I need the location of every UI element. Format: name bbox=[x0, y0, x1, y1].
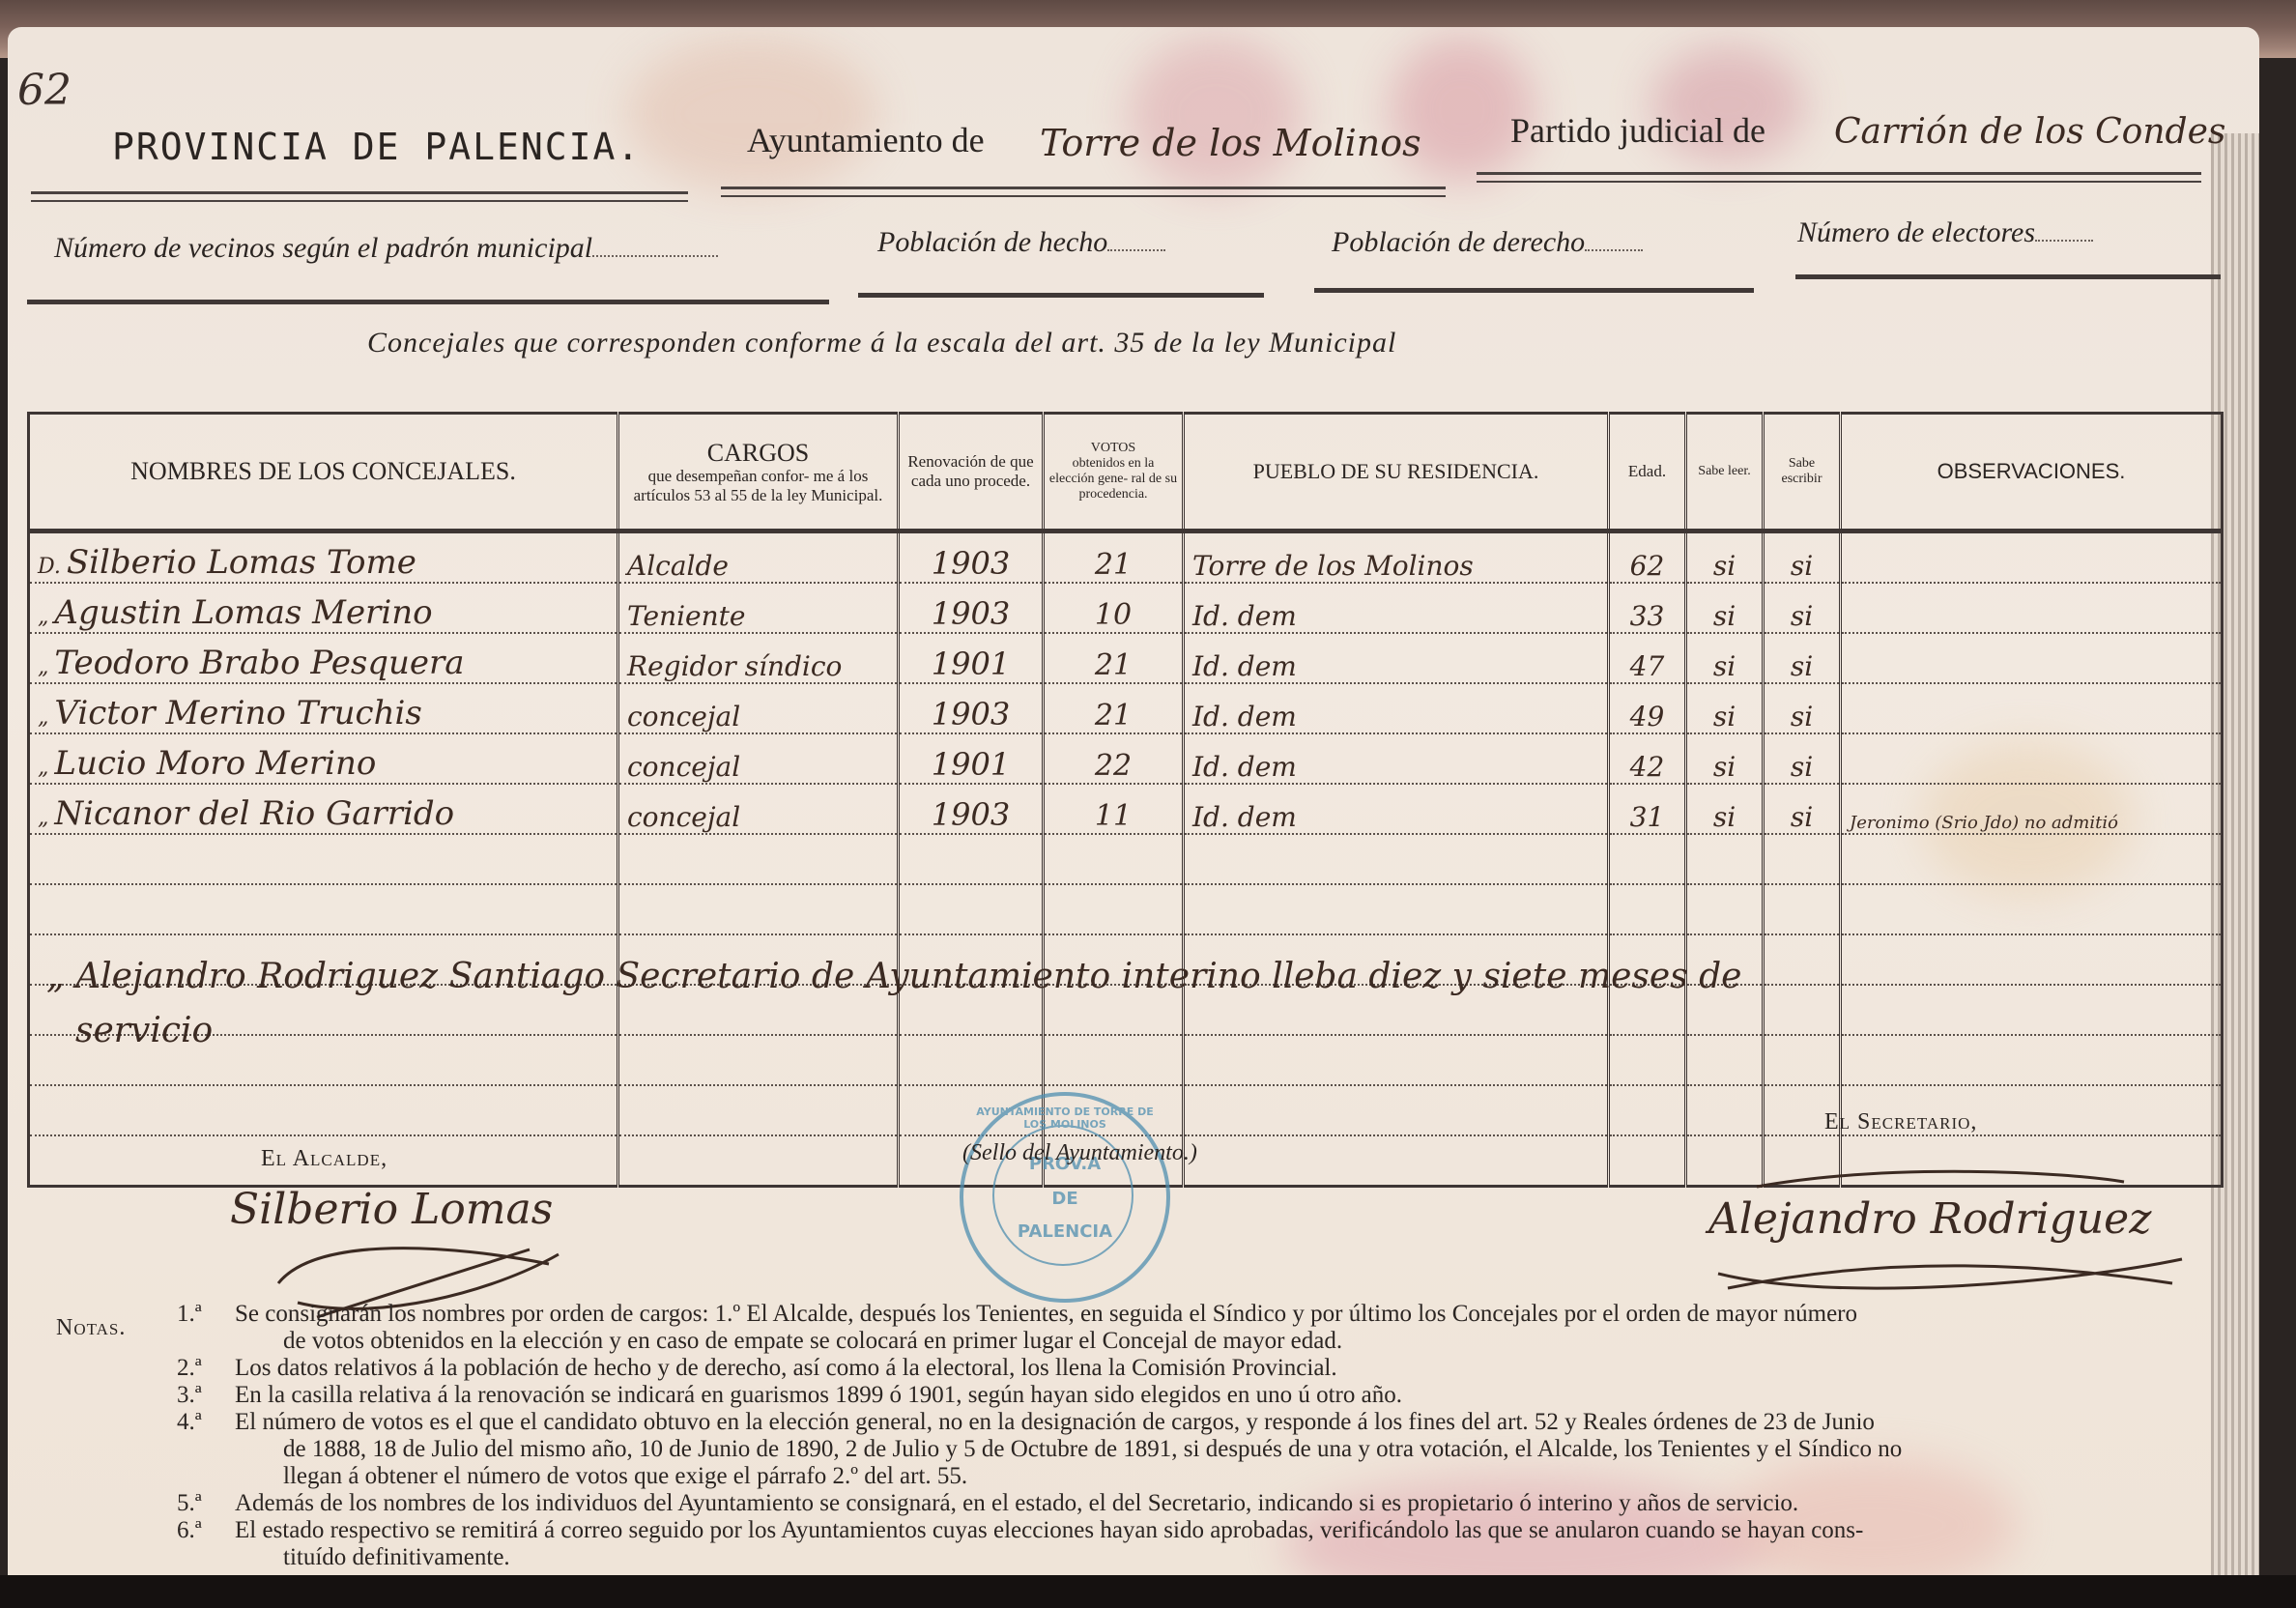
table-subtitle: Concejales que corresponden conforme á l… bbox=[367, 327, 1396, 359]
vecinos-label: Número de vecinos según el padrón munici… bbox=[54, 232, 592, 264]
votos-cell: 10 bbox=[1044, 583, 1184, 633]
name-prefix: „ bbox=[38, 655, 48, 679]
age-cell: 49 bbox=[1609, 683, 1686, 733]
stamp-center-mid: DE bbox=[963, 1189, 1166, 1209]
name-text: Victor Merino Truchis bbox=[54, 694, 421, 732]
note-text: El número de votos es el que el candidat… bbox=[235, 1409, 1875, 1435]
rule bbox=[27, 300, 829, 304]
header-votos-title: VOTOS bbox=[1048, 441, 1178, 456]
rule bbox=[1477, 172, 2201, 183]
note-text: Se consignarán los nombres por orden de … bbox=[235, 1301, 1857, 1327]
votos-cell bbox=[1044, 884, 1184, 934]
note-item: 4.ª El número de votos es el que el cand… bbox=[56, 1409, 2230, 1436]
header-sabe-escribir: Sabe escribir bbox=[1764, 414, 1841, 531]
rule bbox=[31, 191, 688, 202]
age-cell bbox=[1609, 1085, 1686, 1135]
cargo-cell: Regidor síndico bbox=[618, 633, 899, 683]
councillor-name: „Lucio Moro Merino bbox=[29, 733, 618, 784]
votos-cell: 11 bbox=[1044, 784, 1184, 834]
votos-cell bbox=[1044, 1035, 1184, 1085]
table-row: D.Silberio Lomas TomeAlcalde190321Torre … bbox=[29, 531, 2223, 584]
observaciones-cell bbox=[1841, 583, 2223, 633]
observaciones-cell bbox=[1841, 985, 2223, 1035]
sabe-leer-cell: si bbox=[1686, 784, 1764, 834]
header-cargos: CARGOS que desempeñan confor- me á los a… bbox=[618, 414, 899, 531]
note-item: 5.ª Además de los nombres de los individ… bbox=[56, 1490, 2230, 1517]
residence-cell bbox=[1184, 1135, 1609, 1187]
header-cargos-title: CARGOS bbox=[623, 439, 893, 468]
councillors-table: NOMBRES DE LOS CONCEJALES. CARGOS que de… bbox=[27, 412, 2224, 1188]
poblacion-derecho-field: Población de derecho bbox=[1332, 226, 1643, 259]
councillor-name: „Victor Merino Truchis bbox=[29, 683, 618, 733]
observaciones-cell bbox=[1841, 683, 2223, 733]
header-votos-sub: obtenidos en la elección gene- ral de su… bbox=[1048, 456, 1178, 502]
age-cell: 47 bbox=[1609, 633, 1686, 683]
renovacion-cell: 1901 bbox=[899, 633, 1044, 683]
councillor-name: D.Silberio Lomas Tome bbox=[29, 531, 618, 584]
name-text: Silberio Lomas Tome bbox=[67, 543, 416, 582]
name-text: Nicanor del Rio Garrido bbox=[54, 794, 454, 833]
alcalde-label: El Alcalde, bbox=[261, 1146, 387, 1172]
poblacion-derecho-label: Población de derecho bbox=[1332, 226, 1585, 258]
poblacion-hecho-value bbox=[1107, 249, 1165, 251]
renovacion-cell: 1901 bbox=[899, 733, 1044, 784]
votos-cell: 21 bbox=[1044, 531, 1184, 584]
secretario-label: El Secretario, bbox=[1824, 1109, 1977, 1135]
observaciones-cell: Jeronimo (Srio Jdo) no admitió bbox=[1841, 784, 2223, 834]
table-row: „Victor Merino Truchisconcejal190321Id. … bbox=[29, 683, 2223, 733]
partido-label: Partido judicial de bbox=[1510, 110, 1765, 151]
note-item: 3.ª En la casilla relativa á la renovaci… bbox=[56, 1382, 2230, 1409]
table-row: „Agustin Lomas MerinoTeniente190310Id. d… bbox=[29, 583, 2223, 633]
table-row bbox=[29, 884, 2223, 934]
rule bbox=[1795, 274, 2221, 279]
table-row bbox=[29, 834, 2223, 884]
name-text: Lucio Moro Merino bbox=[54, 744, 376, 783]
note-continuation: de 1888, 18 de Julio del mismo año, 10 d… bbox=[56, 1436, 2230, 1463]
age-cell: 33 bbox=[1609, 583, 1686, 633]
age-cell bbox=[1609, 1035, 1686, 1085]
header-pueblo: PUEBLO DE SU RESIDENCIA. bbox=[1184, 414, 1609, 531]
note-item: 2.ª Los datos relativos á la población d… bbox=[56, 1355, 2230, 1382]
votos-cell: 21 bbox=[1044, 633, 1184, 683]
note-number: 2.ª bbox=[177, 1355, 202, 1382]
header-nombres: NOMBRES DE LOS CONCEJALES. bbox=[29, 414, 618, 531]
cargo-cell: concejal bbox=[618, 683, 899, 733]
poblacion-hecho-field: Población de hecho bbox=[877, 226, 1165, 259]
name-prefix: D. bbox=[38, 555, 61, 579]
note-continuation: tituído definitivamente. bbox=[56, 1544, 2230, 1571]
cargo-cell: Teniente bbox=[618, 583, 899, 633]
age-cell bbox=[1609, 1135, 1686, 1187]
ayuntamiento-label: Ayuntamiento de bbox=[747, 120, 985, 160]
header-cargos-sub: que desempeñan confor- me á los artículo… bbox=[623, 467, 893, 504]
sabe-escribir-cell: si bbox=[1764, 531, 1841, 584]
residence-cell: Id. dem bbox=[1184, 683, 1609, 733]
councillor-name bbox=[29, 1085, 618, 1135]
age-cell bbox=[1609, 884, 1686, 934]
secretary-note-line1: „ Alejandro Rodriguez Santiago Secretari… bbox=[46, 957, 1741, 996]
name-prefix: „ bbox=[38, 605, 48, 629]
sabe-escribir-cell: si bbox=[1764, 633, 1841, 683]
sabe-leer-cell: si bbox=[1686, 733, 1764, 784]
age-cell: 31 bbox=[1609, 784, 1686, 834]
poblacion-hecho-label: Población de hecho bbox=[877, 226, 1107, 258]
sabe-escribir-cell bbox=[1764, 884, 1841, 934]
renovacion-cell: 1903 bbox=[899, 683, 1044, 733]
cargo-cell bbox=[618, 884, 899, 934]
observaciones-cell bbox=[1841, 633, 2223, 683]
header-renovacion: Renovación de que cada uno procede. bbox=[899, 414, 1044, 531]
rule bbox=[1314, 288, 1754, 293]
rule bbox=[721, 187, 1446, 197]
page-number: 62 bbox=[17, 66, 72, 115]
note-item: 6.ª El estado respectivo se remitirá á c… bbox=[56, 1517, 2230, 1544]
note-text: Además de los nombres de los individuos … bbox=[235, 1490, 1798, 1516]
note-item: 1.ª Se consignarán los nombres por orden… bbox=[56, 1301, 2230, 1328]
vecinos-field: Número de vecinos según el padrón munici… bbox=[54, 232, 718, 265]
observaciones-cell bbox=[1841, 884, 2223, 934]
cargo-cell: Alcalde bbox=[618, 531, 899, 584]
cargo-cell bbox=[618, 1085, 899, 1135]
sabe-leer-cell bbox=[1686, 1085, 1764, 1135]
document-page: 62 PROVINCIA DE PALENCIA. Ayuntamiento d… bbox=[8, 27, 2259, 1585]
note-number: 3.ª bbox=[177, 1382, 202, 1409]
note-continuation: de votos obtenidos en la elección y en c… bbox=[56, 1328, 2230, 1355]
cargo-cell bbox=[618, 834, 899, 884]
residence-cell: Id. dem bbox=[1184, 583, 1609, 633]
sabe-leer-cell: si bbox=[1686, 683, 1764, 733]
notes-section: Notas. 1.ª Se consignarán los nombres po… bbox=[56, 1301, 2230, 1571]
sabe-leer-cell: si bbox=[1686, 531, 1764, 584]
name-prefix: „ bbox=[38, 806, 48, 830]
votos-cell bbox=[1044, 834, 1184, 884]
note-continuation: llegan á obtener el número de votos que … bbox=[56, 1463, 2230, 1490]
name-text: Teodoro Brabo Pesquera bbox=[54, 644, 464, 682]
sabe-escribir-cell: si bbox=[1764, 733, 1841, 784]
councillor-name bbox=[29, 884, 618, 934]
residence-cell bbox=[1184, 884, 1609, 934]
cargo-cell: concejal bbox=[618, 733, 899, 784]
cargo-cell: concejal bbox=[618, 784, 899, 834]
votos-cell: 21 bbox=[1044, 683, 1184, 733]
ayuntamiento-value: Torre de los Molinos bbox=[1040, 122, 1421, 164]
electores-label: Número de electores bbox=[1797, 216, 2035, 248]
sabe-escribir-cell bbox=[1764, 934, 1841, 985]
sabe-leer-cell bbox=[1686, 834, 1764, 884]
cargo-cell bbox=[618, 1035, 899, 1085]
age-cell bbox=[1609, 834, 1686, 884]
stain bbox=[626, 37, 877, 191]
sabe-escribir-cell bbox=[1764, 834, 1841, 884]
sabe-escribir-cell bbox=[1764, 985, 1841, 1035]
renovacion-cell bbox=[899, 884, 1044, 934]
sabe-escribir-cell: si bbox=[1764, 683, 1841, 733]
header-sabe-leer: Sabe leer. bbox=[1686, 414, 1764, 531]
header-votos: VOTOS obtenidos en la elección gene- ral… bbox=[1044, 414, 1184, 531]
sabe-escribir-cell: si bbox=[1764, 784, 1841, 834]
renovacion-cell bbox=[899, 834, 1044, 884]
observaciones-cell bbox=[1841, 834, 2223, 884]
age-cell: 42 bbox=[1609, 733, 1686, 784]
note-number: 5.ª bbox=[177, 1490, 202, 1517]
votos-cell: 22 bbox=[1044, 733, 1184, 784]
province-title: PROVINCIA DE PALENCIA. bbox=[112, 126, 641, 168]
book-binding-bottom bbox=[0, 1575, 2296, 1608]
sabe-leer-cell: si bbox=[1686, 633, 1764, 683]
table-row bbox=[29, 1035, 2223, 1085]
secretary-note-line2: servicio bbox=[75, 1011, 213, 1050]
table-row: „Lucio Moro Merinoconcejal190122Id. dem4… bbox=[29, 733, 2223, 784]
note-number: 6.ª bbox=[177, 1517, 202, 1544]
renovacion-cell bbox=[899, 1035, 1044, 1085]
renovacion-cell: 1903 bbox=[899, 583, 1044, 633]
residence-cell: Torre de los Molinos bbox=[1184, 531, 1609, 584]
councillor-name bbox=[29, 834, 618, 884]
note-number: 4.ª bbox=[177, 1409, 202, 1436]
poblacion-derecho-value bbox=[1585, 249, 1643, 251]
note-text: Los datos relativos á la población de he… bbox=[235, 1355, 1337, 1381]
residence-cell: Id. dem bbox=[1184, 633, 1609, 683]
electores-value bbox=[2035, 240, 2093, 242]
observaciones-cell bbox=[1841, 531, 2223, 584]
table-header-row: NOMBRES DE LOS CONCEJALES. CARGOS que de… bbox=[29, 414, 2223, 531]
rule bbox=[858, 293, 1264, 298]
note-text: En la casilla relativa á la renovación s… bbox=[235, 1382, 1402, 1408]
councillor-name: „Agustin Lomas Merino bbox=[29, 583, 618, 633]
table-row: „Nicanor del Rio Garridoconcejal190311Id… bbox=[29, 784, 2223, 834]
stain bbox=[1129, 37, 1303, 191]
residence-cell bbox=[1184, 1085, 1609, 1135]
sabe-leer-cell bbox=[1686, 1035, 1764, 1085]
sabe-leer-cell bbox=[1686, 884, 1764, 934]
signature-flourish-icon bbox=[1699, 1167, 2201, 1303]
table-row: „Teodoro Brabo PesqueraRegidor síndico19… bbox=[29, 633, 2223, 683]
stamp-center-bottom: PALENCIA bbox=[963, 1221, 1166, 1242]
sello-label: (Sello del Ayuntamiento.) bbox=[962, 1140, 1197, 1166]
residence-cell bbox=[1184, 1035, 1609, 1085]
residence-cell bbox=[1184, 834, 1609, 884]
name-text: Agustin Lomas Merino bbox=[54, 593, 432, 632]
renovacion-cell: 1903 bbox=[899, 784, 1044, 834]
cargo-cell bbox=[618, 1135, 899, 1187]
renovacion-cell: 1903 bbox=[899, 531, 1044, 584]
stamp-ring-text: AYUNTAMIENTO DE TORRE DE LOS MOLINOS bbox=[963, 1105, 1166, 1131]
note-text: El estado respectivo se remitirá á corre… bbox=[235, 1517, 1863, 1543]
partido-value: Carrión de los Condes bbox=[1834, 112, 2225, 152]
observaciones-cell bbox=[1841, 934, 2223, 985]
councillor-name: „Nicanor del Rio Garrido bbox=[29, 784, 618, 834]
age-cell: 62 bbox=[1609, 531, 1686, 584]
sabe-escribir-cell: si bbox=[1764, 583, 1841, 633]
header-observaciones: OBSERVACIONES. bbox=[1841, 414, 2223, 531]
sabe-leer-cell: si bbox=[1686, 583, 1764, 633]
councillor-name: „Teodoro Brabo Pesquera bbox=[29, 633, 618, 683]
electores-field: Número de electores bbox=[1797, 216, 2093, 249]
name-prefix: „ bbox=[38, 756, 48, 780]
name-prefix: „ bbox=[38, 705, 48, 730]
residence-cell: Id. dem bbox=[1184, 784, 1609, 834]
observaciones-cell bbox=[1841, 733, 2223, 784]
residence-cell: Id. dem bbox=[1184, 733, 1609, 784]
sabe-escribir-cell bbox=[1764, 1035, 1841, 1085]
observaciones-cell bbox=[1841, 1035, 2223, 1085]
town-hall-stamp: AYUNTAMIENTO DE TORRE DE LOS MOLINOS PRO… bbox=[960, 1092, 1170, 1303]
note-number: 1.ª bbox=[177, 1301, 202, 1328]
header-edad: Edad. bbox=[1609, 414, 1686, 531]
vecinos-value bbox=[592, 255, 718, 257]
